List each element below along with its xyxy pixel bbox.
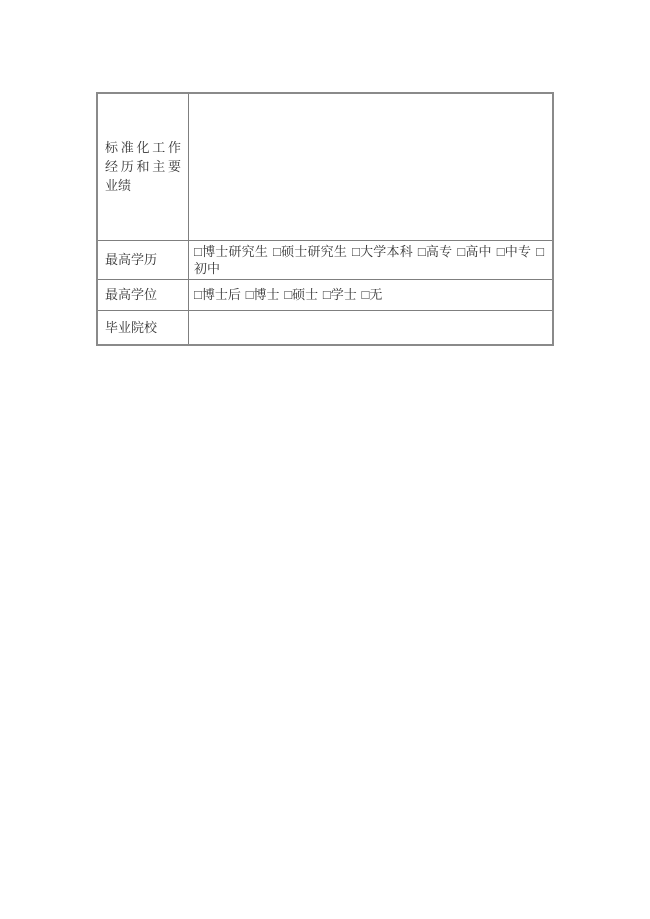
checkbox-option-label: 硕士: [292, 287, 318, 302]
checkbox-option[interactable]: □硕士研究生: [273, 244, 347, 259]
checkbox-option-label: 高专: [426, 244, 452, 259]
checkbox-icon: □: [273, 244, 281, 259]
checkbox-option[interactable]: □高专: [418, 244, 452, 259]
checkbox-option-label: 无: [369, 287, 382, 302]
checkbox-option-label: 学士: [331, 287, 357, 302]
row-label-experience: 标准化工作经历和主要业绩: [97, 93, 189, 240]
checkbox-icon: □: [323, 287, 331, 302]
checkbox-option[interactable]: □大学本科: [352, 244, 413, 259]
checkbox-option-label: 中专: [505, 244, 531, 259]
checkbox-icon: □: [418, 244, 426, 259]
checkbox-option[interactable]: □学士: [323, 287, 357, 302]
checkbox-option-label: 博士研究生: [202, 244, 268, 259]
table-row-graduation-school: 毕业院校: [97, 310, 553, 345]
checkbox-icon: □: [497, 244, 505, 259]
checkbox-option[interactable]: □高中: [457, 244, 491, 259]
table-row-highest-education: 最高学历 □博士研究生 □硕士研究生 □大学本科 □高专 □高中 □中专 □初中: [97, 240, 553, 279]
checkbox-option-label: 博士: [253, 287, 279, 302]
checkbox-icon: □: [284, 287, 292, 302]
checkbox-icon: □: [194, 244, 202, 259]
checkbox-option[interactable]: □博士: [246, 287, 280, 302]
checkbox-option-label: 硕士研究生: [281, 244, 347, 259]
row-label-graduation-school: 毕业院校: [97, 310, 189, 345]
checkbox-icon: □: [194, 287, 202, 302]
education-form-table: 标准化工作经历和主要业绩 最高学历 □博士研究生 □硕士研究生 □大学本科 □高…: [96, 92, 554, 346]
checkbox-option-label: 高中: [465, 244, 491, 259]
row-label-highest-education: 最高学历: [97, 240, 189, 279]
highest-degree-options-cell: □博士后 □博士 □硕士 □学士 □无: [189, 279, 554, 310]
document-page: 标准化工作经历和主要业绩 最高学历 □博士研究生 □硕士研究生 □大学本科 □高…: [0, 0, 650, 919]
checkbox-option[interactable]: □硕士: [284, 287, 318, 302]
table-row-highest-degree: 最高学位 □博士后 □博士 □硕士 □学士 □无: [97, 279, 553, 310]
checkbox-option[interactable]: □博士研究生: [194, 244, 268, 259]
checkbox-icon: □: [352, 244, 360, 259]
checkbox-option[interactable]: □中专: [497, 244, 531, 259]
experience-value-cell[interactable]: [189, 93, 554, 240]
checkbox-option-label: 大学本科: [360, 244, 413, 259]
table-row-experience: 标准化工作经历和主要业绩: [97, 93, 553, 240]
checkbox-option-label: 博士后: [202, 287, 241, 302]
highest-education-options-cell: □博士研究生 □硕士研究生 □大学本科 □高专 □高中 □中专 □初中: [189, 240, 554, 279]
graduation-school-value-cell[interactable]: [189, 310, 554, 345]
checkbox-option[interactable]: □无: [362, 287, 383, 302]
checkbox-icon: □: [536, 244, 544, 259]
checkbox-option-label: 初中: [194, 261, 220, 276]
row-label-highest-degree: 最高学位: [97, 279, 189, 310]
checkbox-option[interactable]: □博士后: [194, 287, 241, 302]
